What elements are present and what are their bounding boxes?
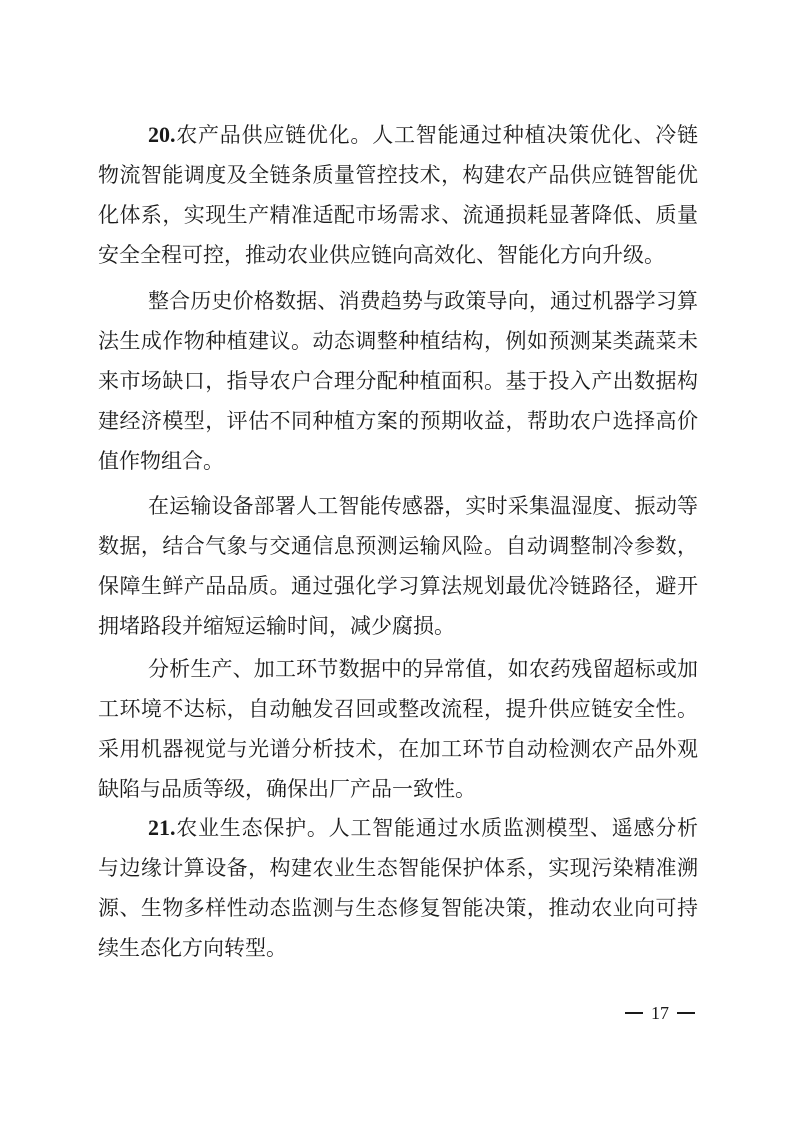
section-21-line-1: 21.农业生态保护。人工智能通过水质监测模型、遥感分析 xyxy=(148,808,698,848)
paragraph-line: 整合历史价格数据、消费趋势与政策导向，通过机器学习算 xyxy=(148,281,698,321)
paragraph-line: 化体系，实现生产精准适配市场需求、流通损耗显著降低、质量 xyxy=(98,195,698,235)
section-number: 21. xyxy=(148,815,176,840)
paragraph-line: 续生态化方向转型。 xyxy=(98,928,698,968)
paragraph-line: 与边缘计算设备，构建农业生态智能保护体系，实现污染精准溯 xyxy=(98,848,698,888)
paragraph-text: 人工智能通过水质监测模型、遥感分析 xyxy=(329,816,698,840)
dash-right xyxy=(677,1012,695,1014)
paragraph-line: 法生成作物种植建议。动态调整种植结构，例如预测某类蔬菜未 xyxy=(98,321,698,361)
paragraph-line: 源、生物多样性动态监测与生态修复智能决策，推动农业向可持 xyxy=(98,888,698,928)
paragraph-text: 人工智能通过种植决策优化、冷链 xyxy=(372,123,698,147)
paragraph-line: 来市场缺口，指导农户合理分配种植面积。基于投入产出数据构 xyxy=(98,361,698,401)
paragraph-line: 保障生鲜产品品质。通过强化学习算法规划最优冷链路径，避开 xyxy=(98,566,698,606)
dash-left xyxy=(625,1012,643,1014)
section-20-line-1: 20.农产品供应链优化。人工智能通过种植决策优化、冷链 xyxy=(148,115,698,155)
paragraph-line: 工环境不达标，自动触发召回或整改流程，提升供应链安全性。 xyxy=(98,689,698,729)
page-number-value: 17 xyxy=(651,1003,669,1024)
paragraph-line: 值作物组合。 xyxy=(98,441,698,481)
paragraph-line: 在运输设备部署人工智能传感器，实时采集温湿度、振动等 xyxy=(148,486,698,526)
page-number: 17 xyxy=(620,998,700,1028)
paragraph-line: 建经济模型，评估不同种植方案的预期收益，帮助农户选择高价 xyxy=(98,401,698,441)
section-heading: 农业生态保护。 xyxy=(176,816,329,840)
paragraph-line: 物流智能调度及全链条质量管控技术，构建农产品供应链智能优 xyxy=(98,155,698,195)
paragraph-line: 采用机器视觉与光谱分析技术，在加工环节自动检测农产品外观 xyxy=(98,729,698,769)
document-page: 20.农产品供应链优化。人工智能通过种植决策优化、冷链 物流智能调度及全链条质量… xyxy=(0,0,794,1123)
paragraph-line: 安全全程可控，推动农业供应链向高效化、智能化方向升级。 xyxy=(98,235,698,275)
paragraph-line: 拥堵路段并缩短运输时间，减少腐损。 xyxy=(98,606,698,646)
paragraph-line: 分析生产、加工环节数据中的异常值，如农药残留超标或加 xyxy=(148,649,698,689)
section-number: 20. xyxy=(148,122,176,147)
section-heading: 农产品供应链优化。 xyxy=(176,123,373,147)
paragraph-line: 数据，结合气象与交通信息预测运输风险。自动调整制冷参数， xyxy=(98,526,698,566)
paragraph-line: 缺陷与品质等级，确保出厂产品一致性。 xyxy=(98,769,698,809)
